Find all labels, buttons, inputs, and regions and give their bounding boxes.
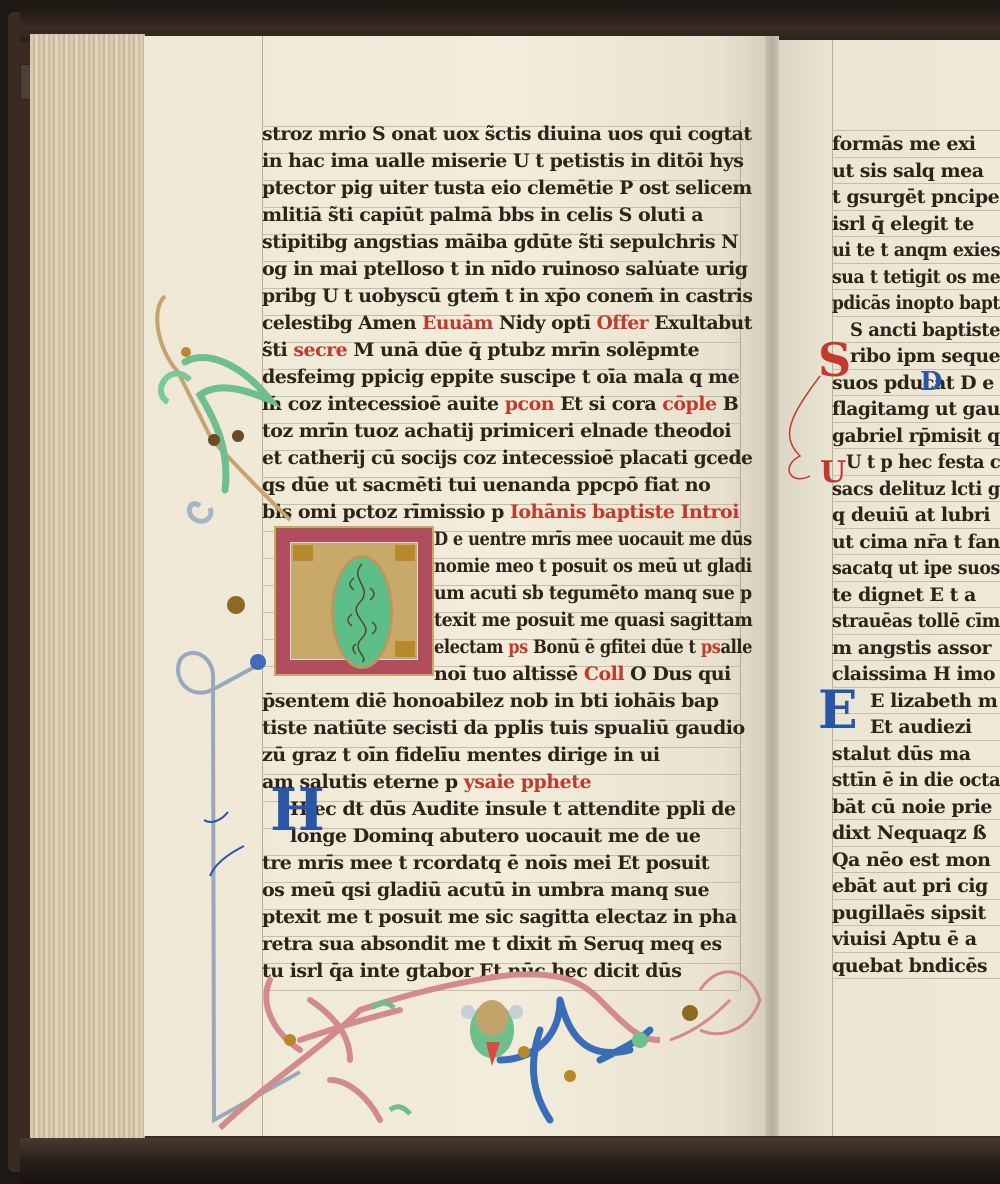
blue-initial-e: E: [818, 680, 858, 741]
marginal-decoration: H S U E D: [0, 0, 1000, 1184]
acanthus-upper-icon: [157, 296, 290, 521]
stem-loop-icon: [178, 653, 300, 1120]
red-initial-u: U: [820, 455, 846, 490]
blue-acanthus-icon: [500, 1000, 650, 1120]
gold-dot-icon: [227, 596, 245, 614]
blue-initial-d: D: [920, 367, 943, 397]
red-initial-s: S: [818, 333, 851, 387]
blue-initial-h: H: [270, 776, 325, 844]
